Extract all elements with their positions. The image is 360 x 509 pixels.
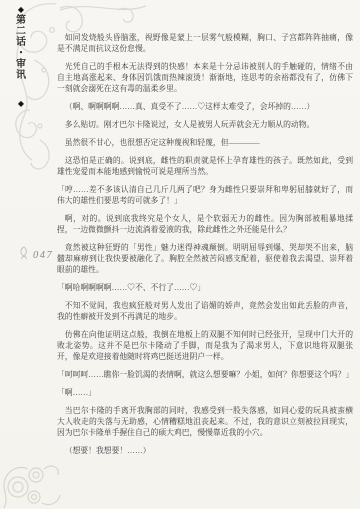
chapter-title-char: 二 xyxy=(12,26,30,37)
chapter-title-char: 第 xyxy=(12,15,30,26)
paragraph: 「呵呵呵……瞧你一脸饥渴的表情啊，就这么想要嘛？小姐，如何？你想要这个吗？」 xyxy=(57,369,353,380)
paragraph: 当巴尔卡隆的手离开我胸部的同时，我感受到一股失落感，如同心爱的玩具被蛮横大人收走… xyxy=(57,405,353,438)
body-text: 如同发烧般头昏脑涨，视野像是蒙上一层雾气般模糊，胸口、子宫都阵阵抽痛，像是不满足… xyxy=(57,32,353,463)
paragraph: （想要！我想要！……） xyxy=(57,445,353,456)
page-number-block: 047 xyxy=(18,246,53,265)
page-background: ◆ 第 二 话 ・ 审 讯 ◆ 047 如同发烧般头昏脑涨，视野像是蒙上一层雾气… xyxy=(0,0,360,509)
novel-page: { "page": { "number": "047", "background… xyxy=(0,0,360,509)
chapter-ornament-top-icon: ◆ xyxy=(12,5,30,15)
paragraph: （啊、啊啊啊啊……真、真受不了……♡这样太难受了，会坏掉的……） xyxy=(57,101,353,112)
paragraph: 虽然很不甘心，也很想否定这种蔑视和轻蔑，但———— xyxy=(57,137,353,148)
paragraph: 啊，对的。说到底我终究是个女人，是个软弱无力的雌性。因为胸部被粗暴地揉捏，一边微… xyxy=(57,213,353,235)
chapter-title-char: ・ xyxy=(12,48,30,59)
chapter-title-char: 话 xyxy=(12,37,30,48)
chapter-marker: ◆ 第 二 话 ・ 审 讯 ◆ xyxy=(12,5,30,109)
paragraph: 「哼……差不多该认清自己几斤几两了吧？身为雌性只要崇拜和卑躬屈膝就好了，而伟大的… xyxy=(57,184,353,206)
page-number-ornament-icon xyxy=(18,246,31,265)
paragraph: 仿佛在向他证明这点般，我倒在地板上的双腿不知何时已经张开，呈现中门大开的败北姿势… xyxy=(57,329,353,362)
corner-flourish-bottom-icon xyxy=(0,449,62,509)
page-number: 047 xyxy=(33,250,53,261)
paragraph: 不知不觉间，我也疯狂般对男人发出了谄媚的娇声，竟然会发出如此丢脸的声音，我的性癖… xyxy=(57,300,353,322)
paragraph: 光凭自己的手根本无法得到的快感！本来是十分忌讳被别人的手触碰的，情绪不由自主地高… xyxy=(57,61,353,94)
chapter-title-char: 讯 xyxy=(12,70,30,81)
chapter-title-char: 审 xyxy=(12,59,30,70)
paragraph: 「啊……」 xyxy=(57,387,353,398)
paragraph: 多么贴切。刚才巴尔卡隆说过，女人是被男人玩弄就会无力顺从的动物。 xyxy=(57,119,353,130)
chapter-ornament-bottom-icon: ◆ xyxy=(12,99,30,109)
paragraph: 这恐怕是正确的。说到底，雌性的职责就是怀上孕育雄性的孩子。既然如此，受到雄性宠爱… xyxy=(57,155,353,177)
paragraph: 竟然被这种狂野的「男性」魅力迷得神魂颠倒。明明屈辱到爆、哭却哭不出来，脑髓却麻痹… xyxy=(57,242,353,275)
paragraph: 如同发烧般头昏脑涨，视野像是蒙上一层雾气般模糊，胸口、子宫都阵阵抽痛，像是不满足… xyxy=(57,32,353,54)
paragraph: 「啊哈啊啊啊啊……♡不、不行了……♡」 xyxy=(57,282,353,293)
